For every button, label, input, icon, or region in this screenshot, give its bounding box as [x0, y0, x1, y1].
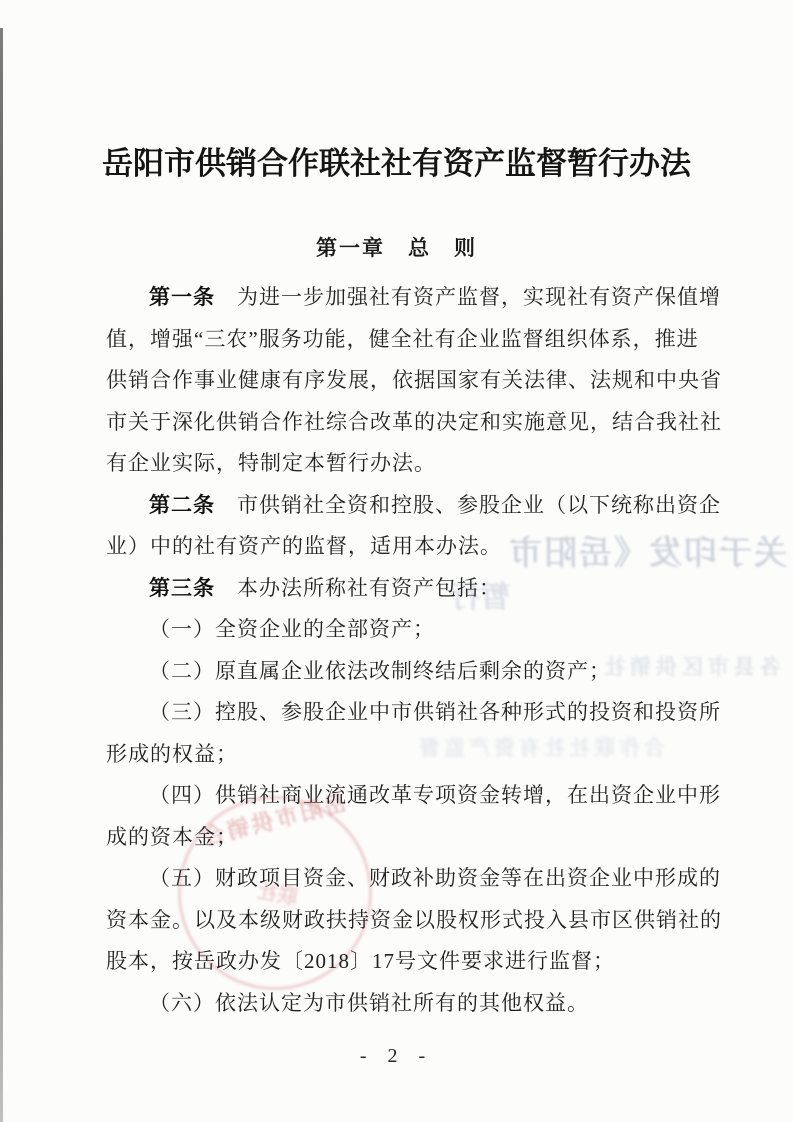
page-title: 岳阳市供销合作联社社有资产监督暂行办法: [0, 136, 793, 192]
doc-line: 资本金。以及本级财政扶持资金以股权形式投入县市区供销社的: [106, 900, 712, 942]
doc-line: （一）全资企业的全部资产；: [106, 609, 712, 651]
chapter-heading: 第一章 总 则: [0, 228, 793, 270]
doc-line: （二）原直属企业依法改制终结后剩余的资产；: [106, 651, 712, 693]
doc-line: 市关于深化供销合作社综合改革的决定和实施意见，结合我社社: [106, 402, 712, 444]
doc-line: 供销合作事业健康有序发展，依据国家有关法律、法规和中央省: [106, 360, 712, 402]
article-label: 第一条: [149, 285, 215, 309]
doc-line: 第一条 为进一步加强社有资产监督，实现社有资产保值增: [106, 277, 712, 319]
doc-line: （五）财政项目资金、财政补助资金等在出资企业中形成的: [106, 858, 712, 900]
doc-line: 有企业实际，特制定本暂行办法。: [106, 443, 712, 485]
document-body: 第一条 为进一步加强社有资产监督，实现社有资产保值增 值，增强“三农”服务功能，…: [106, 277, 712, 1024]
doc-line: 第三条 本办法所称社有资产包括：: [106, 568, 712, 610]
doc-line: （三）控股、参股企业中市供销社各种形式的投资和投资所: [106, 692, 712, 734]
scan-edge-artifact: [0, 28, 3, 1122]
doc-line: 值，增强“三农”服务功能，健全社有企业监督组织体系，推进: [106, 319, 712, 361]
doc-line: 形成的权益；: [106, 734, 712, 776]
article-label: 第二条: [149, 493, 215, 517]
doc-line: 股本，按岳政办发〔2018〕17号文件要求进行监督；: [106, 941, 712, 983]
doc-line: 业）中的社有资产的监督，适用本办法。: [106, 526, 712, 568]
doc-line: （六）依法认定为市供销社所有的其他权益。: [106, 983, 712, 1025]
page-number: - 2 -: [0, 1038, 793, 1074]
doc-line: 成的资本金；: [106, 817, 712, 859]
scanned-document-page: 关于印发《岳阳市 暂行 各县市区供销社 合作联社社有资产监督 岳阳市供销合 联社…: [0, 0, 793, 1122]
doc-line: 第二条 市供销社全资和控股、参股企业（以下统称出资企: [106, 485, 712, 527]
article-label: 第三条: [149, 576, 215, 600]
doc-line: （四）供销社商业流通改革专项资金转增，在出资企业中形: [106, 775, 712, 817]
